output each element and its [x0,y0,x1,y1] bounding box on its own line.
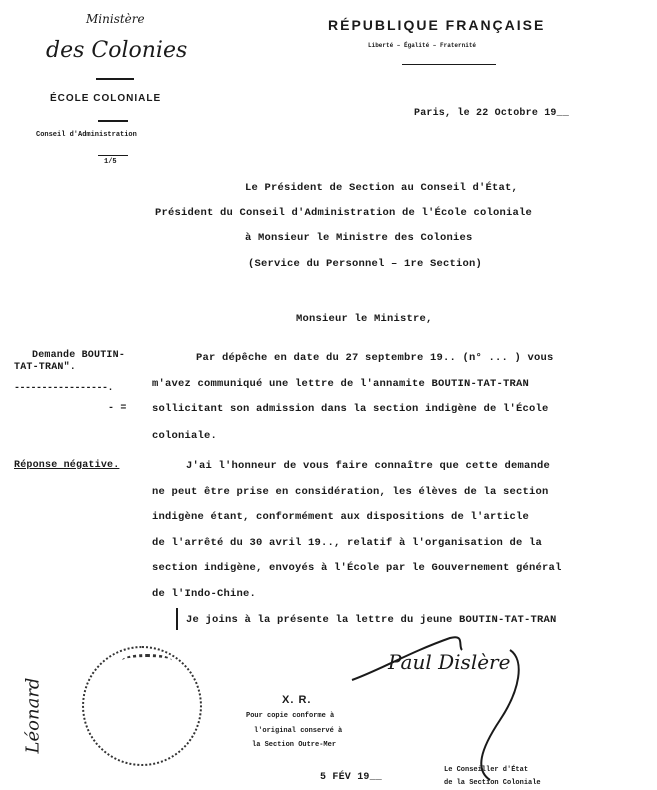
divider [98,120,128,122]
stamp-inner-arc [122,654,172,667]
subject-note-line1: Demande BOUTIN- [32,350,125,361]
certification-line1: Pour copie conforme à [246,712,334,720]
body-p3-line1: Je joins à la présente la lettre du jeun… [186,614,557,626]
body-p2-line2: ne peut être prise en considération, les… [152,486,549,498]
body-p2-line3: indigène étant, conformément aux disposi… [152,511,529,523]
margin-bar [176,608,178,630]
official-stamp [82,646,202,766]
signature-title-line2: de la Section Coloniale [444,779,541,787]
certification-initials: X. R. [282,694,311,706]
body-p2-line5: section indigène, envoyés à l'École par … [152,562,562,574]
addressee-line2: Président du Conseil d'Administration de… [155,207,532,219]
certification-line2: l'original conservé à [254,727,342,735]
body-p2-line4: de l'arrêté du 30 avril 19.., relatif à … [152,537,542,549]
body-p1-line3: sollicitant son admission dans la sectio… [152,403,549,415]
republic-motto: Liberté – Égalité – Fraternité [368,42,476,49]
body-p1-line4: coloniale. [152,430,217,442]
body-p1-line1: Par dépêche en date du 27 septembre 19..… [196,352,554,364]
office-name: Conseil d'Administration [36,131,137,139]
date-line: Paris, le 22 Octobre 19__ [414,108,569,119]
margin-handwriting: Léonard [23,671,44,761]
school-name: ÉCOLE COLONIALE [50,93,161,104]
salutation: Monsieur le Ministre, [296,313,433,325]
short-dash: - = [108,403,127,414]
ministry-line1: Ministère [86,12,145,26]
addressee-line3: à Monsieur le Ministre des Colonies [245,232,473,244]
signature: Paul Dislère [388,650,510,674]
addressee-line1: Le Président de Section au Conseil d'Éta… [245,182,518,194]
subject-note-line2: TAT-TRAN". [14,362,76,373]
signature-title-line1: Le Conseiller d'État [444,766,528,774]
certification-line3: la Section Outre-Mer [252,741,336,749]
reply-label: Réponse négative. [14,460,119,471]
dashed-rule: -----------------. [14,383,113,394]
republic-title: RÉPUBLIQUE FRANÇAISE [328,17,545,33]
body-p2-line1: J'ai l'honneur de vous faire connaître q… [186,460,550,472]
body-p1-line2: m'avez communiqué une lettre de l'annami… [152,378,529,390]
addressee-line4: (Service du Personnel – 1re Section) [248,258,482,270]
divider [96,78,134,80]
ministry-line2: des Colonies [46,38,187,63]
body-p2-line6: de l'Indo-Chine. [152,588,256,600]
reference-number: 1/5 [104,158,117,166]
divider [98,155,128,156]
divider [402,64,496,65]
